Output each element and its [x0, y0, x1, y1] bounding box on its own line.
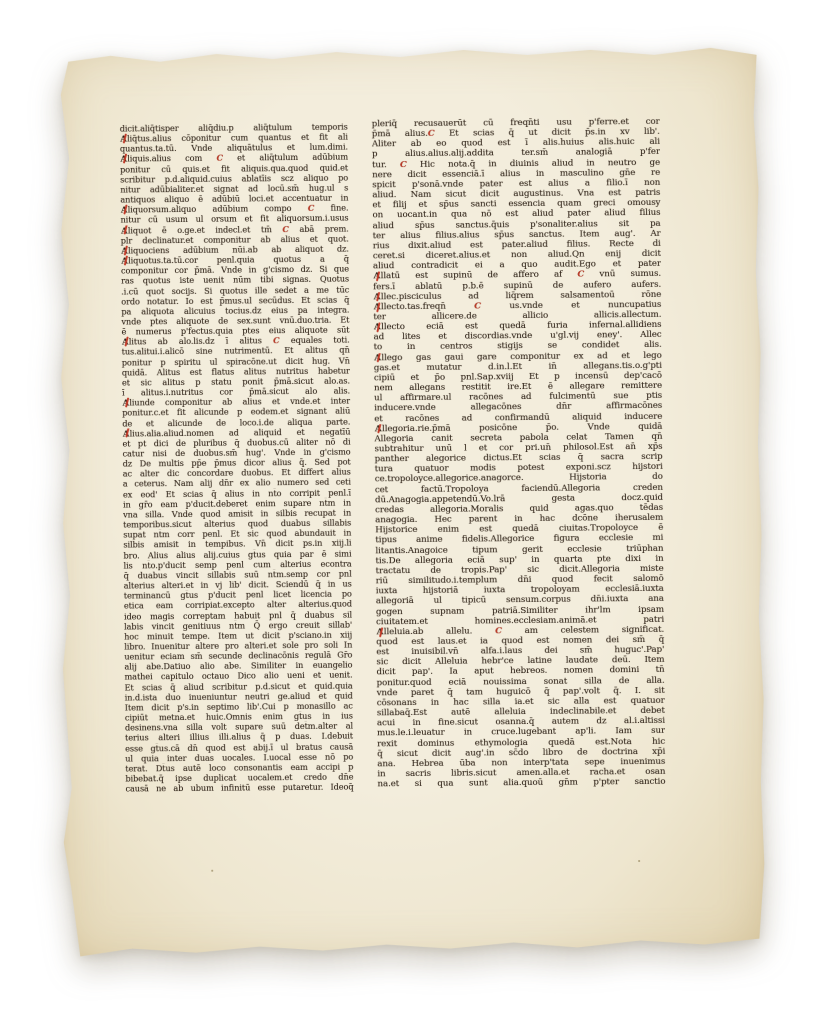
rubricated-initial: A — [121, 255, 128, 265]
text-column-left: dicit.aliq̄tisper aliq̄diu.p aliq̄tulum … — [120, 122, 354, 794]
rubricated-initial: A — [374, 353, 382, 363]
rubric-mark: C — [495, 626, 502, 636]
rubricated-initial: A — [122, 398, 129, 408]
photo-backdrop: dicit.aliq̄tisper aliq̄diu.p aliq̄tulum … — [0, 0, 822, 1024]
text-line: causā ne ab ubum infinitū esse putaretur… — [125, 782, 353, 794]
rubricated-initial: A — [373, 292, 381, 302]
rubric-mark: C — [577, 270, 584, 280]
rubric-mark: C — [216, 153, 223, 163]
rubricated-initial: A — [376, 627, 384, 637]
rubric-mark: C — [474, 301, 481, 311]
rubricated-initial: A — [121, 245, 128, 255]
rubricated-initial: A — [373, 302, 381, 312]
rubric-mark: C — [273, 335, 280, 345]
rubricated-initial: A — [374, 424, 382, 434]
rubricated-initial: A — [122, 337, 129, 347]
text-line: na.et si qua sunt alia.quoū gn̄m p'pter … — [377, 777, 665, 790]
incunable-leaf: dicit.aliq̄tisper aliq̄diu.p aliq̄tulum … — [54, 43, 768, 961]
rubricated-initial: A — [373, 322, 381, 332]
rubricated-initial: A — [120, 154, 127, 164]
paper-speck — [211, 870, 213, 872]
leaf-shadow-wrap: dicit.aliq̄tisper aliq̄diu.p aliq̄tulum … — [54, 43, 768, 961]
rubricated-initial: A — [120, 205, 127, 215]
paper-speck — [638, 860, 640, 862]
rubricated-initial: A — [121, 225, 128, 235]
text-column-right: pleriq̄ recusauerūt cū freqn̄ti usu p'fe… — [372, 117, 666, 790]
rubricated-initial: A — [120, 134, 127, 144]
rubricated-initial: A — [373, 272, 381, 282]
rubric-mark: C — [400, 160, 407, 170]
rubric-mark: C — [428, 129, 435, 139]
rubricated-initial: A — [122, 428, 129, 438]
rubric-mark: C — [308, 203, 315, 213]
rubric-mark: C — [282, 224, 289, 234]
